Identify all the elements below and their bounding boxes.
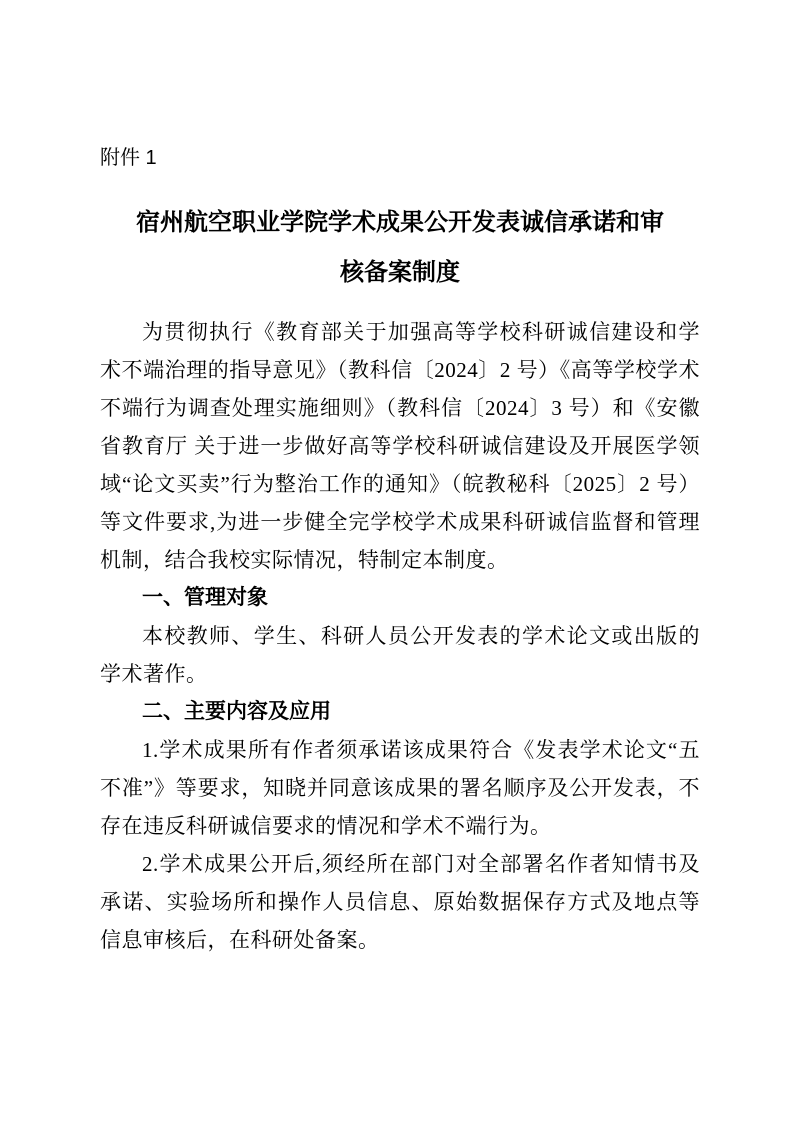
document-title-line-1: 宿州航空职业学院学术成果公开发表诚信承诺和审 <box>100 198 700 248</box>
attachment-label: 附件 1 <box>100 145 700 171</box>
document-title: 宿州航空职业学院学术成果公开发表诚信承诺和审 核备案制度 <box>100 198 700 298</box>
section-2-paragraph-2: 2.学术成果公开后,须经所在部门对全部署名作者知情书及承诺、实验场所和操作人员信… <box>100 845 700 959</box>
document-title-line-2: 核备案制度 <box>100 248 700 298</box>
section-heading-management-target: 一、管理对象 <box>100 579 700 617</box>
section-1-paragraph-1: 本校教师、学生、科研人员公开发表的学术论文或出版的学术著作。 <box>100 617 700 693</box>
document-page: 附件 1 宿州航空职业学院学术成果公开发表诚信承诺和审 核备案制度 为贯彻执行《… <box>0 0 793 1122</box>
section-heading-main-content: 二、主要内容及应用 <box>100 693 700 731</box>
section-2-paragraph-1: 1.学术成果所有作者须承诺该成果符合《发表学术论文“五不准”》等要求，知晓并同意… <box>100 731 700 845</box>
intro-paragraph: 为贯彻执行《教育部关于加强高等学校科研诚信建设和学术不端治理的指导意见》（教科信… <box>100 313 700 579</box>
